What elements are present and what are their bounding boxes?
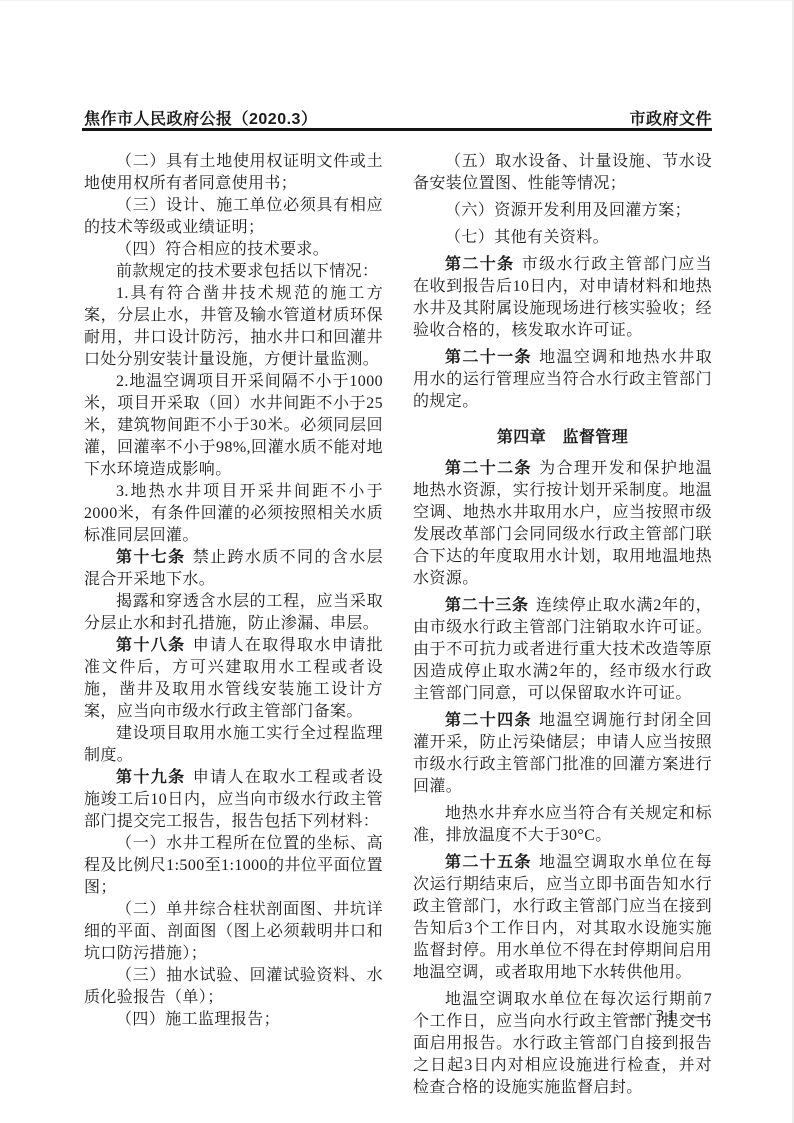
article-number: 第二十一条 bbox=[445, 349, 532, 366]
article-number: 第二十三条 bbox=[445, 597, 529, 614]
paragraph: （四）符合相应的技术要求。 bbox=[84, 239, 383, 261]
article-number: 第十九条 bbox=[116, 769, 186, 786]
paragraph: （二）具有土地使用权证明文件或土地使用权所有者同意使用书； bbox=[84, 151, 383, 195]
article-number: 第二十二条 bbox=[445, 460, 532, 477]
article-number: 第十八条 bbox=[116, 637, 186, 654]
paragraph: 3.地热水井项目开采井间距不小于2000米，有条件回灌的必须按照相关水质标准同层… bbox=[84, 481, 383, 547]
paragraph: 地热水井弃水应当符合有关规定和标准，排放温度不大于30°C。 bbox=[413, 803, 712, 847]
chapter-heading: 第四章 监督管理 bbox=[413, 427, 712, 449]
gazette-page: 焦作市人民政府公报（2020.3） 市政府文件 （二）具有土地使用权证明文件或土… bbox=[0, 0, 794, 1123]
page-number: — 31 — bbox=[629, 1006, 707, 1026]
paragraph: 第二十四条地温空调施行封闭全回灌开采，防止污染储层；申请人应当按照市级水行政主管… bbox=[413, 710, 712, 798]
paragraph: 揭露和穿透含水层的工程，应当采取分层止水和封孔措施，防止渗漏、串层。 bbox=[84, 591, 383, 635]
paragraph: 第十九条申请人在取水工程或者设施竣工后10日内，应当向市级水行政主管部门提交完工… bbox=[84, 767, 383, 833]
article-number: 第二十五条 bbox=[445, 854, 532, 871]
header-section-label: 市政府文件 bbox=[629, 106, 712, 129]
paragraph: （三）抽水试验、回灌试验资料、水质化验报告（单）； bbox=[84, 965, 383, 1009]
paragraph: （二）单井综合柱状剖面图、井坑详细的平面、剖面图（图上必须载明井口和坑口防污措施… bbox=[84, 899, 383, 965]
article-number: 第十七条 bbox=[116, 549, 186, 566]
paragraph: 第二十条市级水行政主管部门应当在收到报告后10日内，对申请材料和地热水井及其附属… bbox=[413, 254, 712, 342]
paragraph: 第十七条禁止跨水质不同的含水层混合开采地下水。 bbox=[84, 547, 383, 591]
paragraph: （六）资源开发利用及回灌方案； bbox=[413, 200, 712, 222]
paragraph: （五）取水设备、计量设施、节水设备安装位置图、性能等情况； bbox=[413, 151, 712, 195]
paragraph: 前款规定的技术要求包括以下情况： bbox=[84, 261, 383, 283]
paragraph: 建设项目取用水施工实行全过程监理制度。 bbox=[84, 723, 383, 767]
paragraph: 第二十五条地温空调取水单位在每次运行期结束后，应当立即书面告知水行政主管部门，水… bbox=[413, 852, 712, 984]
paragraph: （一）水井工程所在位置的坐标、高程及比例尺1:500至1:1000的井位平面位置… bbox=[84, 833, 383, 899]
article-number: 第二十四条 bbox=[445, 712, 532, 729]
paragraph: 第二十二条为合理开发和保护地温地热水资源，实行按计划开采制度。地温空调、地热水井… bbox=[413, 458, 712, 590]
paragraph: （三）设计、施工单位必须具有相应的技术等级或业绩证明； bbox=[84, 195, 383, 239]
paragraph: 1.具有符合凿井技术规范的施工方案，分层止水，井管及输水管道材质环保耐用，井口设… bbox=[84, 283, 383, 371]
header-rule bbox=[82, 128, 712, 131]
header-gazette-title: 焦作市人民政府公报（2020.3） bbox=[84, 106, 317, 129]
paragraph: 第二十三条连续停止取水满2年的，由市级水行政主管部门注销取水许可证。由于不可抗力… bbox=[413, 595, 712, 705]
column-right: （五）取水设备、计量设施、节水设备安装位置图、性能等情况；（六）资源开发利用及回… bbox=[413, 151, 712, 1104]
page-header: 焦作市人民政府公报（2020.3） 市政府文件 bbox=[84, 106, 712, 129]
content-columns: （二）具有土地使用权证明文件或土地使用权所有者同意使用书；（三）设计、施工单位必… bbox=[84, 151, 712, 1104]
paragraph: （四）施工监理报告； bbox=[84, 1009, 383, 1031]
paragraph: （七）其他有关资料。 bbox=[413, 227, 712, 249]
article-number: 第二十条 bbox=[445, 256, 515, 273]
paragraph: 2.地温空调项目开采间隔不小于1000米，项目开采取（回）水井间距不小于25米，… bbox=[84, 371, 383, 481]
paragraph: 第二十一条地温空调和地热水井取用水的运行管理应当符合水行政主管部门的规定。 bbox=[413, 347, 712, 413]
paragraph: 第十八条申请人在取得取水申请批准文件后，方可兴建取用水工程或者设施，凿井及取用水… bbox=[84, 635, 383, 723]
column-left: （二）具有土地使用权证明文件或土地使用权所有者同意使用书；（三）设计、施工单位必… bbox=[84, 151, 383, 1104]
